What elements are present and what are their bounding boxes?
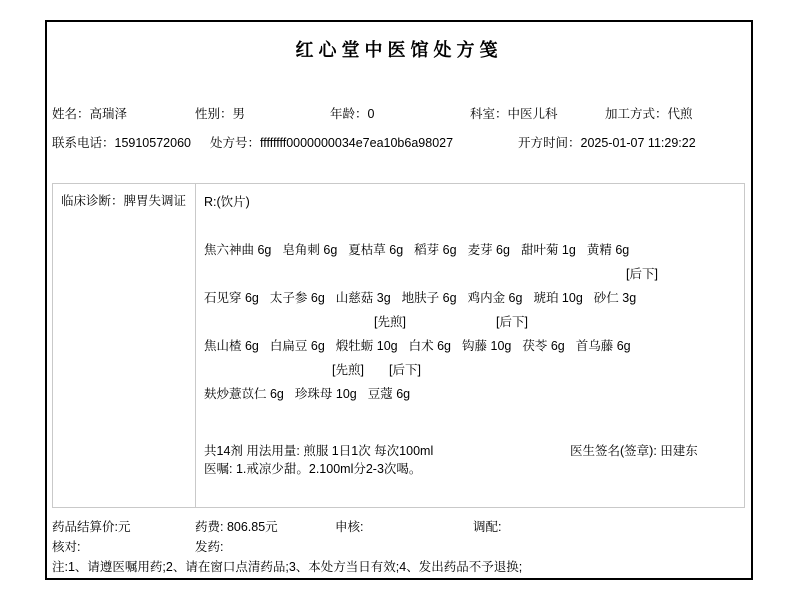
decoction-tag: [后下] <box>496 310 528 334</box>
patient-age-field: 年龄：0 <box>330 104 374 124</box>
rx-spacer <box>204 214 736 238</box>
herb-item: 甜叶菊 1g <box>521 243 576 257</box>
herb-item: 石见穿 6g <box>204 291 259 305</box>
herb-item: 白扁豆 6g <box>270 339 325 353</box>
herb-item: 黄精 6g <box>587 243 629 257</box>
herb-item: 首乌藤 6g <box>576 339 631 353</box>
herb-item: 珍珠母 10g <box>295 387 357 401</box>
review-field: 申核: <box>335 517 363 537</box>
decoction-tag: [后下] <box>389 358 421 382</box>
department-field: 科室：中医儿科 <box>470 104 558 124</box>
decoction-tag-line: [先煎][后下] <box>204 310 736 334</box>
prepare-field: 调配: <box>473 517 501 537</box>
footer-row-2: 核对: 发药: <box>47 537 751 557</box>
doctor-advice: 医嘱: 1.戒凉少甜。2.100ml分2-3次喝。 <box>204 461 740 479</box>
herb-line: 焦六神曲 6g皂角刺 6g夏枯草 6g稻芽 6g麦芽 6g甜叶菊 1g黄精 6g <box>204 238 736 262</box>
clinical-diagnosis-cell: 临床诊断：脾胃失调证 <box>53 184 196 507</box>
dispense-field: 发药: <box>195 537 223 557</box>
footer-row-1: 药品结算价:元 药费: 806.85元 申核: 调配: <box>47 517 751 537</box>
sheet-title: 红心堂中医馆处方笺 <box>47 36 751 62</box>
herb-item: 鸡内金 6g <box>468 291 523 305</box>
herb-item: 夏枯草 6g <box>348 243 403 257</box>
herb-item: 豆蔻 6g <box>368 387 410 401</box>
herb-item: 麦芽 6g <box>468 243 510 257</box>
herb-item: 皂角刺 6g <box>282 243 337 257</box>
processing-method-field: 加工方式：代煎 <box>605 104 693 124</box>
medicine-fee-field: 药费: 806.85元 <box>195 517 278 537</box>
decoction-tag: [先煎] <box>374 310 406 334</box>
herb-item: 煅牡蛎 10g <box>336 339 398 353</box>
doctor-signature: 医生签名(签章): 田建东 <box>570 443 710 461</box>
note-text: 注:1、请遵医嘱用药;2、请在窗口点清药品;3、本处方当日有效;4、发出药品不予… <box>52 557 522 577</box>
herb-item: 琥珀 10g <box>533 291 582 305</box>
patient-info-row-2: 联系电话：15910572060 处方号：ffffffff0000000034e… <box>47 133 751 153</box>
prescription-sheet: 红心堂中医馆处方笺 姓名：高瑞泽 性别：男 年龄：0 科室：中医儿科 加工方式：… <box>45 20 753 580</box>
check-field: 核对: <box>52 537 80 557</box>
patient-gender-field: 性别：男 <box>195 104 245 124</box>
decoction-tag-line: [先煎][后下] <box>204 358 736 382</box>
herb-line: 石见穿 6g太子参 6g山慈菇 3g地肤子 6g鸡内金 6g琥珀 10g砂仁 3… <box>204 286 736 310</box>
herb-rows-container: 焦六神曲 6g皂角刺 6g夏枯草 6g稻芽 6g麦芽 6g甜叶菊 1g黄精 6g… <box>204 238 736 406</box>
herb-item: 太子参 6g <box>270 291 325 305</box>
prescription-content-cell: R:(饮片) 焦六神曲 6g皂角刺 6g夏枯草 6g稻芽 6g麦芽 6g甜叶菊 … <box>196 184 744 507</box>
herb-item: 茯苓 6g <box>522 339 564 353</box>
settle-price-field: 药品结算价:元 <box>52 517 130 537</box>
herb-item: 焦山楂 6g <box>204 339 259 353</box>
herb-item: 白术 6g <box>409 339 451 353</box>
patient-info-row-1: 姓名：高瑞泽 性别：男 年龄：0 科室：中医儿科 加工方式：代煎 <box>47 104 751 124</box>
herb-item: 稻芽 6g <box>414 243 456 257</box>
herb-item: 砂仁 3g <box>594 291 636 305</box>
decoction-tag: [先煎] <box>332 358 364 382</box>
herb-item: 山慈菇 3g <box>336 291 391 305</box>
herb-item: 钩藤 10g <box>462 339 511 353</box>
decoction-tag-line: [后下] <box>204 262 736 286</box>
decoction-tag: [后下] <box>626 262 658 286</box>
herb-item: 焦六神曲 6g <box>204 243 271 257</box>
usage-block: 共14剂 用法用量: 煎服 1日1次 每次100ml 医嘱: 1.戒凉少甜。2.… <box>204 443 740 478</box>
herb-item: 地肤子 6g <box>402 291 457 305</box>
patient-name-field: 姓名：高瑞泽 <box>52 104 127 124</box>
phone-field: 联系电话：15910572060 <box>52 133 191 153</box>
prescription-time-field: 开方时间：2025-01-07 11:29:22 <box>518 133 696 153</box>
rx-header: R:(饮片) <box>204 190 736 214</box>
footer-note-row: 注:1、请遵医嘱用药;2、请在窗口点清药品;3、本处方当日有效;4、发出药品不予… <box>47 557 751 577</box>
herb-line: 焦山楂 6g白扁豆 6g煅牡蛎 10g白术 6g钩藤 10g茯苓 6g首乌藤 6… <box>204 334 736 358</box>
prescription-number-field: 处方号：ffffffff0000000034e7ea10b6a98027 <box>210 133 453 153</box>
herb-item: 麸炒薏苡仁 6g <box>204 387 284 401</box>
prescription-table: 临床诊断：脾胃失调证 R:(饮片) 焦六神曲 6g皂角刺 6g夏枯草 6g稻芽 … <box>52 183 745 508</box>
herb-line: 麸炒薏苡仁 6g珍珠母 10g豆蔻 6g <box>204 382 736 406</box>
